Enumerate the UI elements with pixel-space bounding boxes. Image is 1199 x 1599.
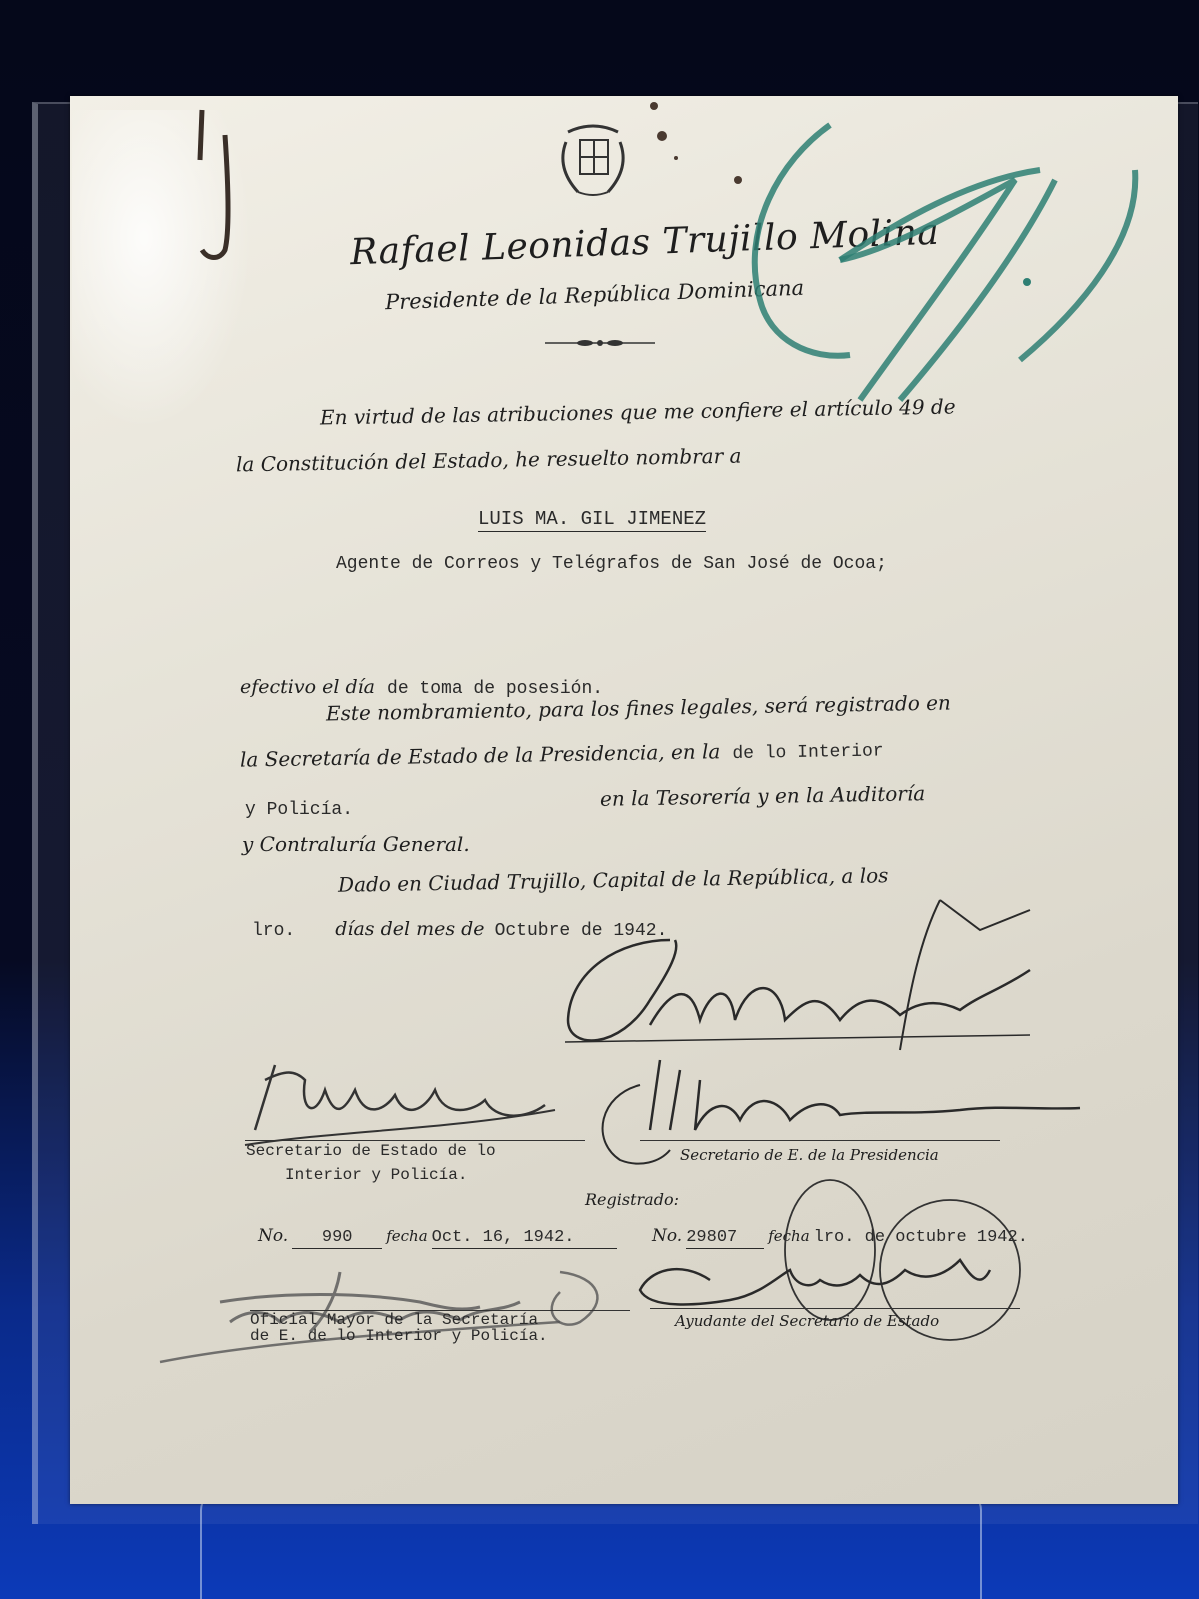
- presidency-secretary-signature-line: [640, 1140, 1000, 1141]
- interior-secretary-signature-line: [245, 1140, 585, 1141]
- registration-left: No. 990 fecha Oct. 16, 1942.: [258, 1226, 617, 1249]
- effective-value: de toma de posesión.: [387, 679, 603, 699]
- registration-left-number: 990: [292, 1228, 382, 1249]
- appointee-name: LUIS MA. GIL JIMENEZ: [478, 508, 706, 532]
- stain-mark: [190, 100, 270, 270]
- oficial-mayor-title-line-2: de E. de lo Interior y Policía.: [250, 1328, 548, 1344]
- display-stand-left: [200, 1490, 262, 1599]
- body-paragraph-2-line-4: y Contraluría General.: [242, 832, 470, 856]
- appointee-position: Agente de Correos y Telégrafos de San Jo…: [336, 554, 887, 574]
- registration-left-date: Oct. 16, 1942.: [432, 1228, 617, 1249]
- oficial-mayor-title-line-1: Oficial Mayor de la Secretaría: [250, 1312, 538, 1328]
- coat-of-arms-icon: [548, 118, 638, 206]
- interior-secretary-title-line-2: Interior y Policía.: [285, 1166, 467, 1184]
- days-label: días del mes de: [335, 918, 484, 940]
- ornament-divider: [545, 340, 655, 346]
- effective-date-line: efectivo el día de toma de posesión.: [240, 676, 603, 699]
- display-stand-right: [920, 1490, 982, 1599]
- body-paragraph-2-line-3-typed: y Policía.: [245, 800, 353, 820]
- presidency-secretary-title: Secretario de E. de la Presidencia: [680, 1146, 939, 1164]
- ayudante-signature-line: [650, 1308, 1020, 1309]
- ayudante-title: Ayudante del Secretario de Estado: [675, 1312, 939, 1330]
- green-crayon-mark: [740, 110, 1160, 410]
- day-value: lro.: [252, 921, 295, 941]
- effective-label: efectivo el día: [240, 676, 375, 698]
- interior-secretary-title-line-1: Secretario de Estado de lo: [246, 1142, 496, 1160]
- president-signature: [560, 880, 1060, 1070]
